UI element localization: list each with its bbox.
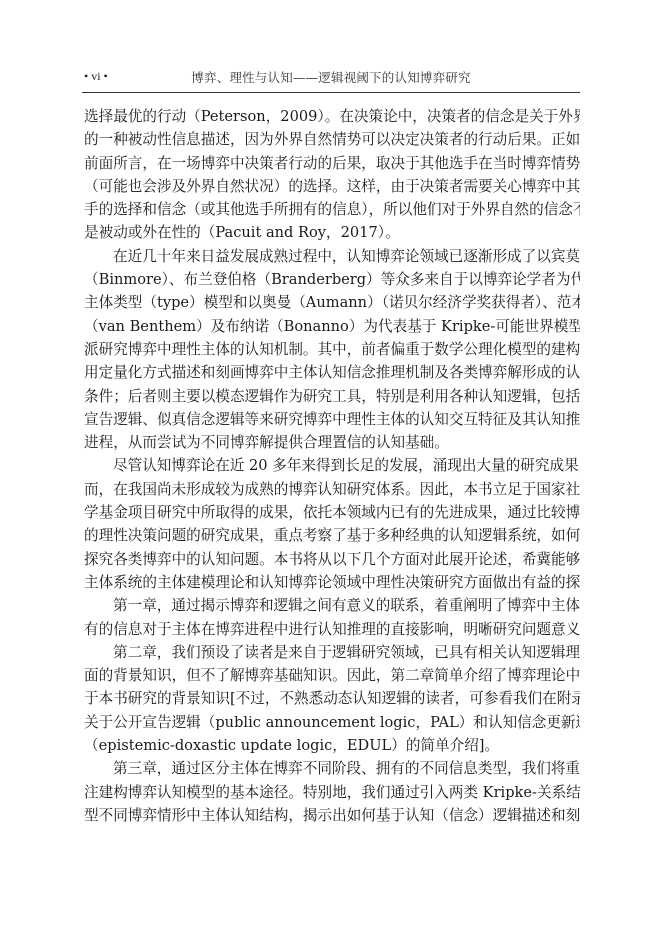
text-line: 条件；后者则主要以模态逻辑作为研究工具，特别是利用各种认知逻辑，包括公开 — [84, 385, 580, 408]
text-line: 第三章，通过区分主体在博弈不同阶段、拥有的不同信息类型，我们将重点关 — [84, 757, 580, 780]
text-line: 注建构博弈认知模型的基本途径。特别地，我们通过引入两类 Kripke-关系结构模 — [84, 781, 580, 804]
text-line: 第二章，我们预设了读者是来自于逻辑研究领域，已具有相关认知逻辑理论方 — [84, 641, 580, 664]
text-line: 面的背景知识，但不了解博弈基础知识。因此，第二章简单介绍了博弈理论中相关 — [84, 664, 580, 687]
text-line: 探究各类博弈中的认知问题。本书将从以下几个方面对此展开论述，希冀能够在多 — [84, 548, 580, 571]
body-text: 选择最优的行动（Peterson，2009）。在决策论中，决策者的信念是关于外界… — [84, 105, 580, 827]
text-line: （van Benthem）及布纳诺（Bonanno）为代表基于 Kripke-可… — [84, 315, 580, 338]
text-line: 选择最优的行动（Peterson，2009）。在决策论中，决策者的信念是关于外界… — [84, 105, 580, 128]
text-line: 宣告逻辑、似真信念逻辑等来研究博弈中理性主体的认知交互特征及其认知推理 — [84, 408, 580, 431]
running-title: 博弈、理性与认知——逻辑视阈下的认知博弈研究 — [82, 68, 580, 86]
text-line: 型不同博弈情形中主体认知结构，揭示出如何基于认知（信念）逻辑描述和刻画博 — [84, 804, 580, 827]
text-line: 尽管认知博弈论在近 20 多年来得到长足的发展，涌现出大量的研究成果，然 — [84, 454, 580, 477]
text-line: 在近几十年来日益发展成熟过程中，认知博弈论领域已逐渐形成了以宾莫 — [84, 245, 580, 268]
text-line: （epistemic-doxastic update logic，EDUL）的简… — [84, 734, 580, 757]
text-line: 用定量化方式描述和刻画博弈中主体认知信念推理机制及各类博弈解形成的认知 — [84, 361, 580, 384]
text-line: 主体系统的主体建模理论和认知博弈论领域中理性决策研究方面做出有益的探索。 — [84, 571, 580, 594]
text-line: 有的信息对于主体在博弈进程中进行认知推理的直接影响，明晰研究问题意义所在。 — [84, 618, 580, 641]
text-line: 的理性决策问题的研究成果，重点考察了基于多种经典的认知逻辑系统，如何有效 — [84, 524, 580, 547]
text-line: 第一章，通过揭示博弈和逻辑之间有意义的联系，着重阐明了博弈中主体所拥 — [84, 594, 580, 617]
text-line: 关于公开宣告逻辑（public announcement logic，PAL）和… — [84, 711, 580, 734]
text-line: 而，在我国尚未形成较为成熟的博弈认知研究体系。因此，本书立足于国家社会科 — [84, 478, 580, 501]
text-line: 派研究博弈中理性主体的认知机制。其中，前者偏重于数学公理化模型的建构，采 — [84, 338, 580, 361]
text-line: 手的选择和信念（或其他选手所拥有的信息），所以他们对于外界自然的信念不再 — [84, 198, 580, 221]
text-line: 于本书研究的背景知识[不过，不熟悉动态认知逻辑的读者，可参看我们在附录中 — [84, 687, 580, 710]
text-line: 的一种被动性信息描述，因为外界自然情势可以决定决策者的行动后果。正如我们 — [84, 128, 580, 151]
text-line: （Binmore）、布兰登伯格（Branderberg）等众多来自于以博弈论学者… — [84, 268, 580, 291]
text-line: 是被动或外在性的（Pacuit and Roy，2017）。 — [84, 221, 580, 244]
page-header: • vi • 博弈、理性与认知——逻辑视阈下的认知博弈研究 — [82, 66, 580, 93]
text-line: 主体类型（type）模型和以奥曼（Aumann）（诺贝尔经济学奖获得者）、范本特… — [84, 291, 580, 314]
text-line: （可能也会涉及外界自然状况）的选择。这样，由于决策者需要关心博弈中其他选 — [84, 175, 580, 198]
text-line: 前面所言，在一场博弈中决策者行动的后果，取决于其他选手在当时博弈情势下 — [84, 152, 580, 175]
text-line: 学基金项目研究中所取得的成果，依托本领域内已有的先进成果，通过比较博弈中 — [84, 501, 580, 524]
text-line: 进程，从而尝试为不同博弈解提供合理置信的认知基础。 — [84, 431, 580, 454]
